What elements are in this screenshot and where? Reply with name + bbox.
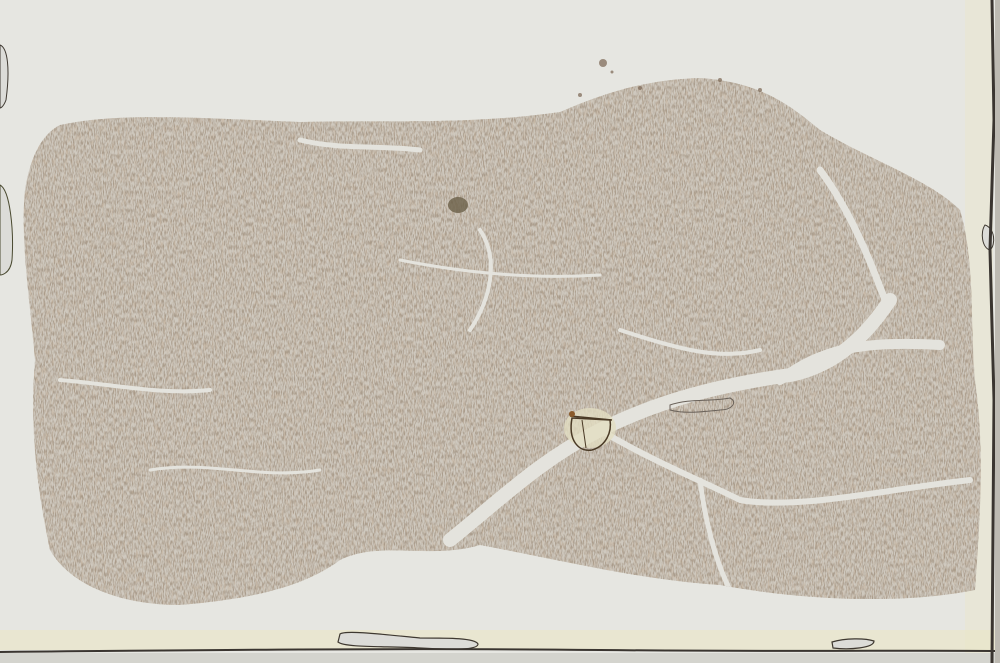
dark-mineral-spot: [448, 197, 468, 213]
micrograph-scene: [0, 0, 1000, 663]
specimen-illustration: [0, 0, 1000, 663]
slide-strip-bottom: [0, 653, 1000, 663]
rock-specimen: [0, 0, 1000, 663]
